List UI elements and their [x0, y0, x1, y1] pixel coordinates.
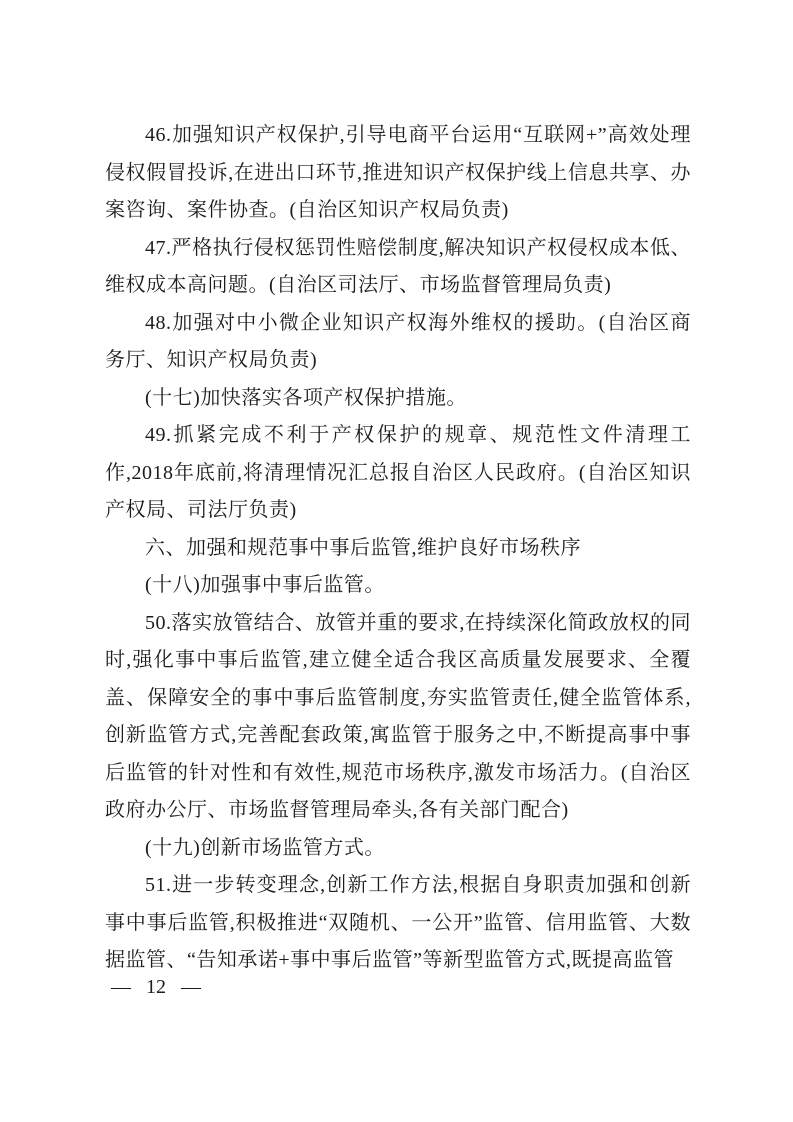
paragraph-item-47: 47.严格执行侵权惩罚性赔偿制度,解决知识产权侵权成本低、维权成本高问题。(自治…: [105, 230, 691, 305]
footer-dash-right: —: [181, 974, 201, 1000]
page-number: 12: [146, 974, 166, 1000]
section-heading-6: 六、加强和规范事中事后监管,维护良好市场秩序: [105, 530, 691, 568]
page-footer: — 12 —: [111, 974, 201, 1000]
paragraph-item-46: 46.加强知识产权保护,引导电商平台运用“互联网+”高效处理侵权假冒投诉,在进出…: [105, 117, 691, 230]
footer-dash-left: —: [111, 974, 131, 1000]
sub-heading-18: (十八)加强事中事后监管。: [105, 567, 691, 605]
paragraph-item-48: 48.加强对中小微企业知识产权海外维权的援助。(自治区商务厅、知识产权局负责): [105, 305, 691, 380]
sub-heading-19: (十九)创新市场监管方式。: [105, 830, 691, 868]
paragraph-item-51: 51.进一步转变理念,创新工作方法,根据自身职责加强和创新事中事后监管,积极推进…: [105, 867, 691, 980]
document-body: 46.加强知识产权保护,引导电商平台运用“互联网+”高效处理侵权假冒投诉,在进出…: [105, 117, 691, 980]
paragraph-item-49: 49.抓紧完成不利于产权保护的规章、规范性文件清理工作,2018年底前,将清理情…: [105, 417, 691, 530]
sub-heading-17: (十七)加快落实各项产权保护措施。: [105, 380, 691, 418]
document-page: 46.加强知识产权保护,引导电商平台运用“互联网+”高效处理侵权假冒投诉,在进出…: [0, 0, 793, 1122]
paragraph-item-50: 50.落实放管结合、放管并重的要求,在持续深化简政放权的同时,强化事中事后监管,…: [105, 605, 691, 830]
